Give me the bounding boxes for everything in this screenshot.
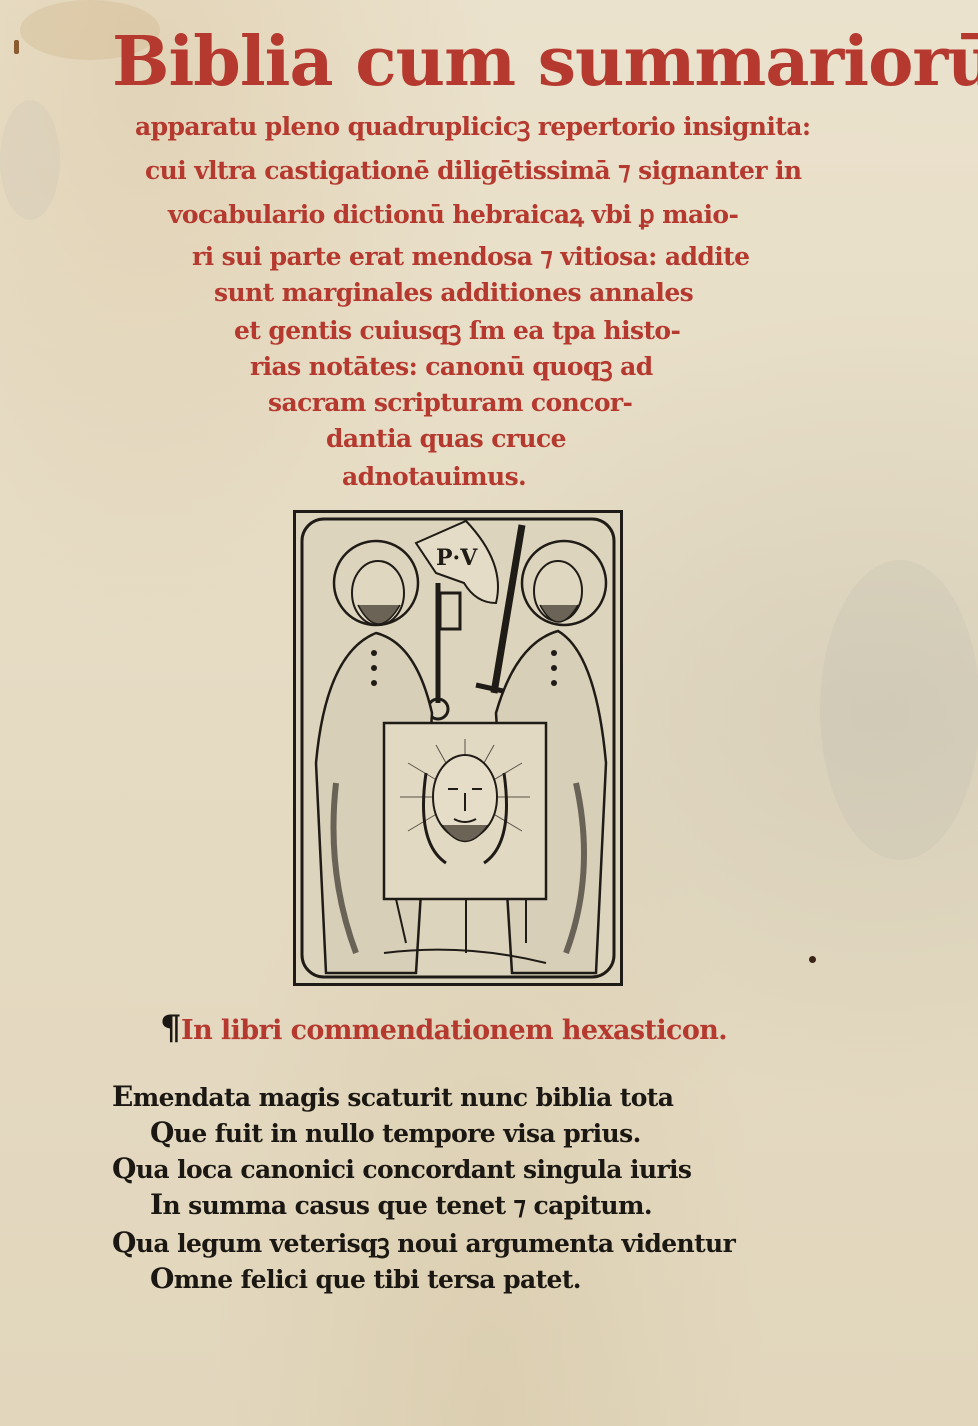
- paper-stain: [820, 560, 978, 860]
- verse-line: Omne felici que tibi tersa patet.: [150, 1264, 581, 1295]
- paper-stain: [0, 100, 60, 220]
- svg-text:P·V: P·V: [436, 545, 478, 571]
- verse-text: ua legum veterisqꝫ noui argumenta vident…: [136, 1229, 735, 1258]
- subtitle-line: ri sui parte erat mendosa ⁊ vitiosa: add…: [192, 242, 749, 272]
- verse-text: n summa casus que tenet ⁊ capitum.: [163, 1191, 652, 1220]
- ink-spot: [809, 956, 816, 963]
- subtitle-line: sunt marginales additiones annales: [214, 278, 693, 308]
- verse-line: In summa casus que tenet ⁊ capitum.: [150, 1190, 652, 1221]
- subtitle-line: rias notātes: canonū quoqꝫ ad: [250, 352, 653, 382]
- title-page: Biblia cum summariorū apparatu pleno qua…: [0, 0, 978, 1426]
- verse-text: ua loca canonici concordant singula iuri…: [136, 1155, 692, 1184]
- ink-spot: [14, 40, 19, 54]
- verse-initial: Q: [150, 1116, 174, 1149]
- verse-initial: O: [150, 1262, 174, 1295]
- verse-line: Emendata magis scaturit nunc biblia tota: [112, 1082, 673, 1113]
- verse-line: Qua legum veterisqꝫ noui argumenta viden…: [112, 1228, 735, 1259]
- verse-text: ue fuit in nullo tempore visa prius.: [174, 1119, 641, 1148]
- subtitle-line: apparatu pleno quadruplicicꝫ repertorio …: [135, 112, 810, 142]
- heading-text: In libri commendationem hexasticon.: [181, 1015, 727, 1046]
- verse-line: Que fuit in nullo tempore visa prius.: [150, 1118, 641, 1149]
- woodcut-illustration: P·V: [293, 510, 623, 986]
- subtitle-line: et gentis cuiusqꝫ ſm ea tpa histo-: [234, 316, 680, 346]
- verse-line: Qua loca canonici concordant singula iur…: [112, 1154, 691, 1185]
- verse-text: mne felici que tibi tersa patet.: [174, 1265, 581, 1294]
- verse-initial: E: [112, 1080, 133, 1113]
- verse-initial: Q: [112, 1226, 136, 1259]
- subtitle-line: sacram scripturam concor-: [268, 388, 632, 418]
- pilcrow-icon: ¶: [160, 1008, 181, 1048]
- book-title: Biblia cum summariorū: [112, 22, 852, 102]
- verse-initial: Q: [112, 1152, 136, 1185]
- subtitle-line: vocabulario dictionū hebraicaꝝ vbi ꝑ mai…: [168, 200, 738, 230]
- verse-text: mendata magis scaturit nunc biblia tota: [133, 1083, 674, 1112]
- verse-initial: I: [150, 1188, 163, 1221]
- section-heading: ¶In libri commendationem hexasticon.: [160, 1010, 727, 1049]
- subtitle-line: adnotauimus.: [342, 462, 526, 492]
- subtitle-line: cui vltra castigationē diligētissimā ⁊ s…: [145, 156, 802, 186]
- subtitle-line: dantia quas cruce: [326, 424, 566, 454]
